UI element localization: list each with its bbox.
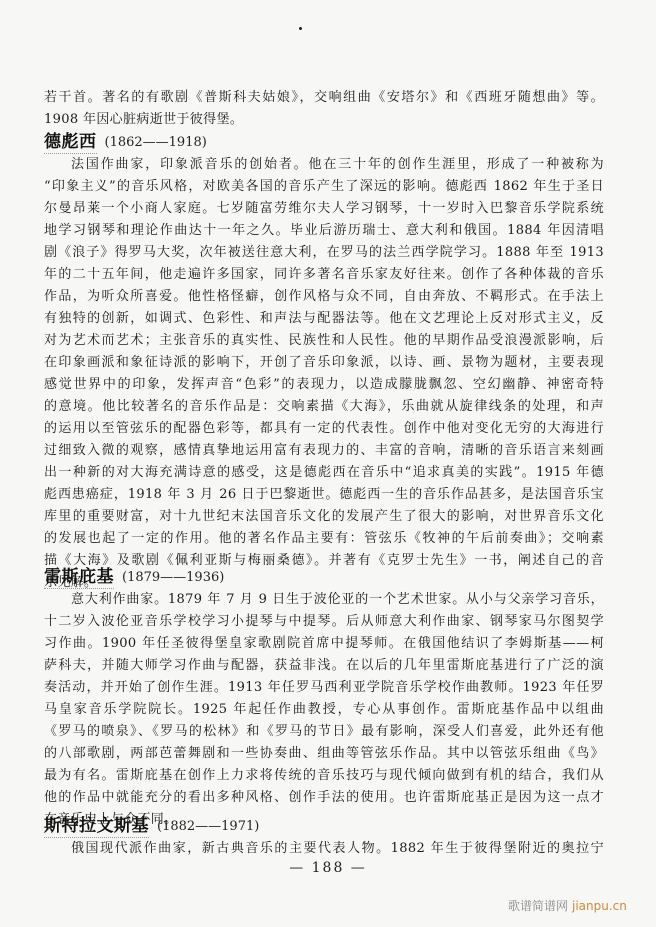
composer-years: (1879——1936) bbox=[122, 567, 224, 589]
watermark-site-name: 歌谱简谱网 bbox=[508, 899, 568, 913]
text-line: 马皇家音乐学院院长。1925 年起任作曲教授，专心从事创作。雷斯庇基作品中以组曲 bbox=[44, 699, 604, 721]
text-line: 感觉世界中的印象，发挥声音“色彩”的表现力，以造成朦胧飘忽、空幻幽静、神密奇特 bbox=[44, 374, 604, 396]
section-respighi: 雷斯庇基 (1879——1936) 意大利作曲家。1879 年 7 月 9 日生… bbox=[44, 563, 604, 831]
text-line: 的八部歌剧，两部芭蕾舞剧和一些协奏曲、组曲等管弦乐作品。其中以管弦乐组曲《鸟》 bbox=[44, 743, 604, 765]
text-line: 彪西患癌症，1918 年 3 月 26 日于巴黎逝世。德彪西一生的音乐作品甚多，… bbox=[44, 484, 604, 506]
watermark: 歌谱简谱网jianpu.cn bbox=[508, 897, 627, 914]
composer-name: 雷斯庇基 bbox=[44, 566, 114, 589]
scan-speck bbox=[299, 27, 302, 30]
text-line: 奏活动，并开始了创作生涯。1913 年任罗马西利亚学院音乐学校作曲教师。1923… bbox=[44, 677, 604, 699]
text-line: 剧《浪子》得罗马大奖，次年被送往意大利，在罗马的法兰西学院学习。1888 年至 … bbox=[44, 242, 604, 264]
page-number: — 188 — bbox=[0, 860, 656, 876]
text-line: 俄国现代派作曲家，新古典音乐的主要代表人物。1882 年生于彼得堡附近的奥拉宁 bbox=[44, 838, 604, 860]
section-heading: 雷斯庇基 (1879——1936) bbox=[44, 563, 604, 589]
text-line: 的发展也起了一定的作用。他的著名作品主要有：管弦乐《牧神的午后前奏曲》；交响素 bbox=[44, 528, 604, 550]
text-line: 习作曲。1900 年任圣彼得堡皇家歌剧院首席中提琴师。在俄国他结识了李姆斯基——… bbox=[44, 633, 604, 655]
watermark-domain: jianpu.cn bbox=[572, 899, 627, 913]
text-line: 最为有名。雷斯庇基在创作上力求将传统的音乐技巧与现代倾向做到有机的结合，我们从 bbox=[44, 765, 604, 787]
document-page: 若干首。著名的有歌剧《普斯科夫姑娘》，交响组曲《安塔尔》和《西班牙随想曲》等。 … bbox=[0, 0, 656, 927]
text-line: 对为艺术而艺术；主张音乐的真实性、民族性和人民性。他的早期作品受浪漫派影响，后 bbox=[44, 330, 604, 352]
text-line: 作品，为听众所喜爱。他性格怪癖，创作风格与众不同，自由奔放、不羁形式。在手法上 bbox=[44, 286, 604, 308]
text-line: 《罗马的喷泉》、《罗马的松林》和《罗马的节日》最有影响，深受人们喜爱，此外还有他 bbox=[44, 721, 604, 743]
text-line: 年的二十五年间，他走遍许多国家，同许多著名音乐家友好往来。创作了各种体裁的音乐 bbox=[44, 264, 604, 286]
composer-years: (1882——1971) bbox=[157, 816, 259, 838]
section-heading: 德彪西 (1862——1918) bbox=[44, 128, 604, 154]
text-line: 法国作曲家，印象派音乐的创始者。他在三十年的创作生涯里，形成了一种被称为 bbox=[44, 154, 604, 176]
composer-name: 德彪西 bbox=[44, 131, 97, 154]
text-line: 过细致入微的观察，感情真挚地运用富有表现力的、丰富的音响，清晰的音乐语言来刻画 bbox=[44, 440, 604, 462]
text-line: 他的作品中就能充分的看出多种风格、创作手法的使用。也许雷斯庇基正是因为这一点才 bbox=[44, 787, 604, 809]
text-line: 的意境。他比较著名的音乐作品是：交响素描《大海》，乐曲就从旋律线条的处理，和声 bbox=[44, 396, 604, 418]
text-line: 萨科夫，并随大师学习作曲与配器，获益非浅。在以后的几年里雷斯庇基进行了广泛的演 bbox=[44, 655, 604, 677]
composer-name: 斯特拉文斯基 bbox=[44, 815, 149, 838]
text-line: 的运用以至管弦乐的配器色彩等，都具有一定的代表性。创作中他对变化无穷的大海进行 bbox=[44, 418, 604, 440]
text-line: 出一种新的对大海充满诗意的感受，这是德彪西在音乐中“追求真美的实践”。1915 … bbox=[44, 462, 604, 484]
section-heading: 斯特拉文斯基 (1882——1971) bbox=[44, 812, 604, 838]
text-line: 地学习钢琴和理论作曲达十一年之久。毕业后游历瑞士、意大利和俄国。1884 年因清… bbox=[44, 220, 604, 242]
text-line: 在印象画派和象征诗派的影响下，开创了音乐印象派，以诗、画、景物为题材，主要表现 bbox=[44, 352, 604, 374]
text-line: 若干首。著名的有歌剧《普斯科夫姑娘》，交响组曲《安塔尔》和《西班牙随想曲》等。 bbox=[44, 87, 604, 109]
text-line: 库里的重要财富，对十九世纪末法国音乐文化的发展产生了很大的影响，对世界音乐文化 bbox=[44, 506, 604, 528]
section-stravinsky: 斯特拉文斯基 (1882——1971) 俄国现代派作曲家，新古典音乐的主要代表人… bbox=[44, 812, 604, 860]
text-line: 有独特的创新，如调式、色彩性、和声法与配器法等。他在文艺理论上反对形式主义，反 bbox=[44, 308, 604, 330]
text-line: 尔曼昂莱一个小商人家庭。七岁随富劳维尔夫人学习钢琴，十一岁时入巴黎音乐学院系统 bbox=[44, 198, 604, 220]
text-line: 十二岁入波伦亚音乐学校学习小提琴与中提琴。后从师意大利作曲家、钢琴家马尔图契学 bbox=[44, 611, 604, 633]
composer-years: (1862——1918) bbox=[105, 132, 207, 154]
text-line: 意大利作曲家。1879 年 7 月 9 日生于波伦亚的一个艺术世家。从小与父亲学… bbox=[44, 589, 604, 611]
section-debussy: 德彪西 (1862——1918) 法国作曲家，印象派音乐的创始者。他在三十年的创… bbox=[44, 128, 604, 594]
text-line: “印象主义”的音乐风格，对欧美各国的音乐产生了深远的影响。德彪西 1862 年生… bbox=[44, 176, 604, 198]
intro-paragraph: 若干首。著名的有歌剧《普斯科夫姑娘》，交响组曲《安塔尔》和《西班牙随想曲》等。 … bbox=[44, 87, 604, 131]
